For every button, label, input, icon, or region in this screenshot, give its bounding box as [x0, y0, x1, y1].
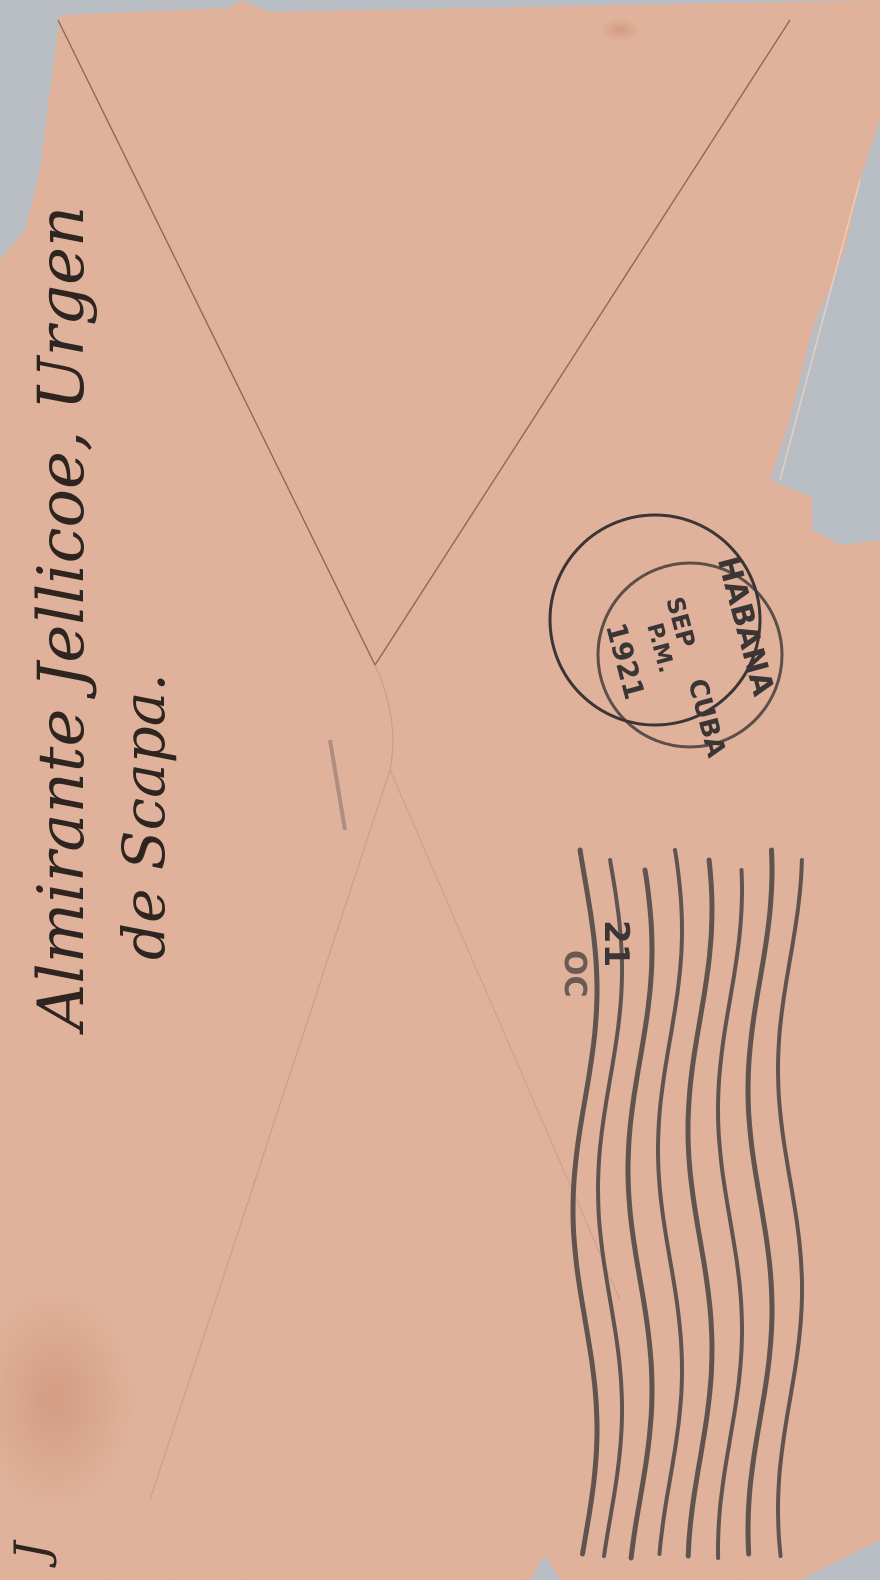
handwritten-address-line2: de Scapa. [110, 673, 178, 960]
handwritten-address-line1: Almirante Jellicoe, Urgen [25, 206, 99, 1030]
cancel-letters: OC [557, 950, 592, 998]
envelope-photo: HABANA SEP P.M. 1921 CUBA 21 OC Almirant… [0, 0, 880, 1580]
postmark-city: HABANA [710, 553, 781, 701]
partial-handwritten-mark: J [4, 1542, 58, 1560]
postmark-country: CUBA [681, 676, 731, 761]
cancel-number: 21 [596, 920, 636, 967]
